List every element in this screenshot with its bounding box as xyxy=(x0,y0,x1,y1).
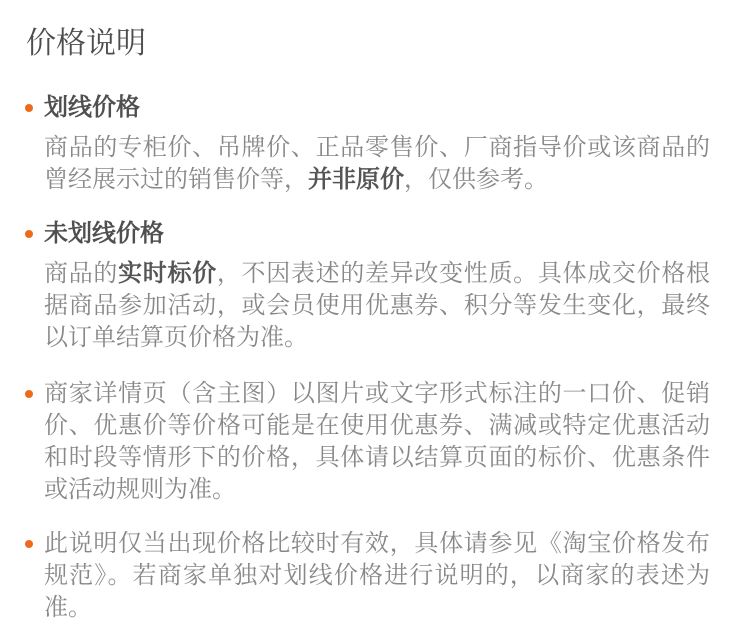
paragraph-bold-text: 实时标价 xyxy=(118,260,217,287)
section-paragraph-detail-page-prices: 商家详情页（含主图）以图片或文字形式标注的一口价、促销价、优惠价等价格可能是在使… xyxy=(44,378,710,506)
page-title: 价格说明 xyxy=(26,26,710,62)
paragraph-text: 商品的 xyxy=(44,260,118,287)
section-paragraph-validity-note: 此说明仅当出现价格比较时有效，具体请参见《淘宝价格发布规范》。若商家单独对划线价… xyxy=(44,528,710,624)
section-crossed-out-price: 划线价格 商品的专柜价、吊牌价、正品零售价、厂商指导价或该商品的曾经展示过的销售… xyxy=(44,92,710,196)
section-heading-uncrossed-price: 未划线价格 xyxy=(44,218,710,250)
section-heading-crossed-out-price: 划线价格 xyxy=(44,92,710,124)
section-validity-note: 此说明仅当出现价格比较时有效，具体请参见《淘宝价格发布规范》。若商家单独对划线价… xyxy=(44,528,710,624)
bullet-icon xyxy=(25,390,33,398)
section-detail-page-prices: 商家详情页（含主图）以图片或文字形式标注的一口价、促销价、优惠价等价格可能是在使… xyxy=(44,378,710,506)
bullet-icon xyxy=(25,230,33,238)
section-paragraph-crossed-out-price: 商品的专柜价、吊牌价、正品零售价、厂商指导价或该商品的曾经展示过的销售价等，并非… xyxy=(44,132,710,196)
section-uncrossed-price: 未划线价格 商品的实时标价，不因表述的差异改变性质。具体成交价格根据商品参加活动… xyxy=(44,218,710,354)
bullet-icon xyxy=(25,104,33,112)
section-paragraph-uncrossed-price: 商品的实时标价，不因表述的差异改变性质。具体成交价格根据商品参加活动，或会员使用… xyxy=(44,258,710,354)
paragraph-bold-text: 并非原价 xyxy=(308,166,404,193)
paragraph-text: ，仅供参考。 xyxy=(404,166,548,193)
price-explanation-page: 价格说明 划线价格 商品的专柜价、吊牌价、正品零售价、厂商指导价或该商品的曾经展… xyxy=(0,0,750,640)
bullet-icon xyxy=(25,540,33,548)
